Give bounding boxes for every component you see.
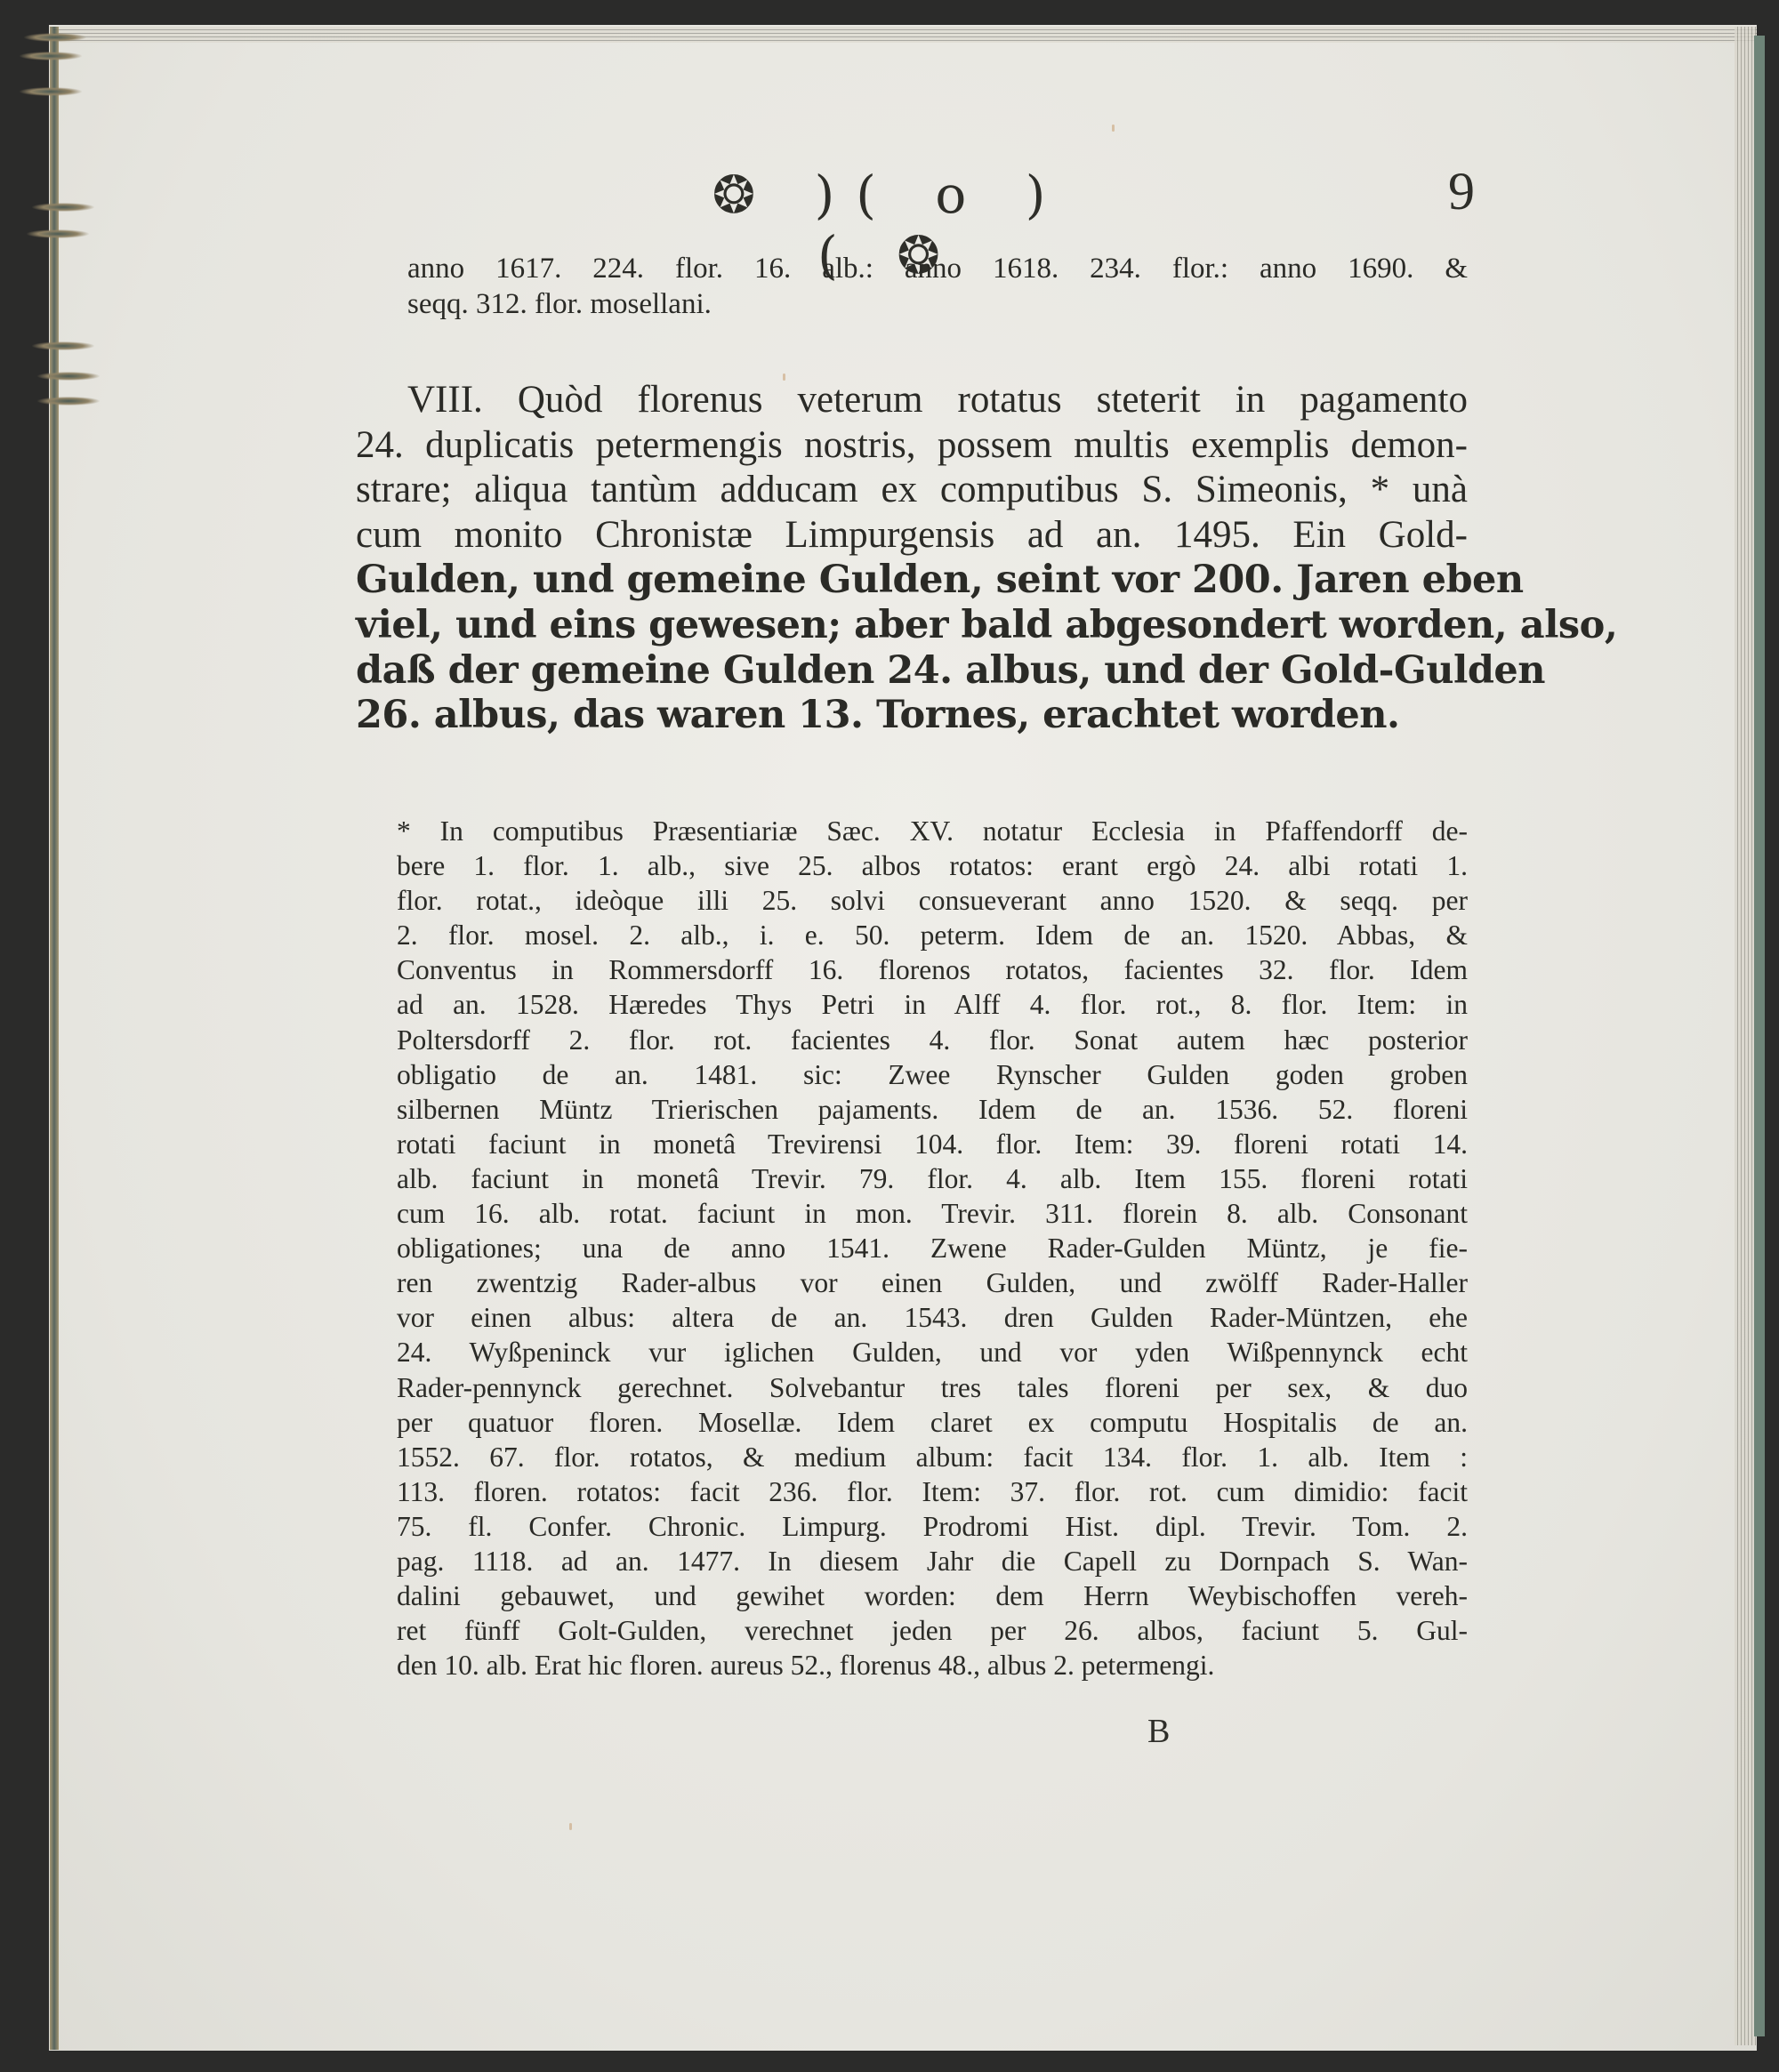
text-line: daß der gemeine Gulden 24. albus, und de… <box>356 648 1468 694</box>
text-line: Gulden, und gemeine Gulden, seint vor 20… <box>356 558 1468 603</box>
footnote-line: Poltersdorff 2. flor. rot. facientes 4. … <box>356 1023 1468 1057</box>
text-line: seqq. 312. flor. mosellani. <box>407 286 1468 322</box>
footnote-line: flor. rotat., ideòque illi 25. solvi con… <box>356 883 1468 918</box>
binding-stitch <box>20 52 82 60</box>
page-top-edges <box>53 27 1757 43</box>
footnote-line: alb. faciunt in monetâ Trevir. 79. flor.… <box>356 1161 1468 1196</box>
page-fore-edges <box>1735 27 1756 2045</box>
binding-stitch <box>32 341 94 350</box>
footnote: * In computibus Præsentiariæ Sæc. XV. no… <box>356 814 1468 1682</box>
binding-stitch <box>24 33 86 42</box>
binding-stitch <box>37 372 100 381</box>
paper-speck <box>1112 124 1115 132</box>
text-line: VIII. Quòd florenus veterum rotatus stet… <box>356 378 1468 423</box>
binding-stitch <box>27 229 89 238</box>
footnote-line: ret fünff Golt-Gulden, verechnet jeden p… <box>356 1613 1468 1648</box>
footnote-line: per quatuor floren. Mosellæ. Idem claret… <box>356 1405 1468 1440</box>
binding-stitch <box>20 87 82 96</box>
text-line: strare; aliqua tantùm adducam ex computi… <box>356 468 1468 513</box>
footnote-line: 75. fl. Confer. Chronic. Limpurg. Prodro… <box>356 1509 1468 1544</box>
footnote-line: vor einen albus: altera de an. 1543. dre… <box>356 1300 1468 1335</box>
footnote-line: Conventus in Rommersdorff 16. florenos r… <box>356 952 1468 987</box>
running-header: ❂ )( o )( ❂ 9 <box>0 165 1779 227</box>
paper-speck <box>569 1823 572 1830</box>
cover-edge <box>1754 36 1765 2036</box>
page-number: 9 <box>1448 161 1475 222</box>
binding-gutter <box>50 27 59 2050</box>
footnote-line: silbernen Müntz Trierischen pajaments. I… <box>356 1092 1468 1127</box>
footnote-line: 24. Wyßpeninck vur iglichen Gulden, und … <box>356 1335 1468 1369</box>
footnote-line: dalini gebauwet, und gewihet worden: dem… <box>356 1578 1468 1613</box>
continuation-text: anno 1617. 224. flor. 16. alb.: anno 161… <box>407 251 1468 322</box>
text-line: 26. albus, das waren 13. Tornes, erachte… <box>356 693 1468 738</box>
footnote-line: ad an. 1528. Hæredes Thys Petri in Alff … <box>356 987 1468 1022</box>
text-line: viel, und eins gewesen; aber bald abgeso… <box>356 603 1468 648</box>
text-line: 24. duplicatis petermengis nostris, poss… <box>356 423 1468 469</box>
footnote-line: obligationes; una de anno 1541. Zwene Ra… <box>356 1231 1468 1265</box>
footnote-line: pag. 1118. ad an. 1477. In diesem Jahr d… <box>356 1544 1468 1578</box>
main-paragraph: VIII. Quòd florenus veterum rotatus stet… <box>356 378 1468 738</box>
footnote-line: * In computibus Præsentiariæ Sæc. XV. no… <box>356 814 1468 848</box>
binding-stitch <box>37 397 100 406</box>
footnote-line: obligatio de an. 1481. sic: Zwee Rynsche… <box>356 1057 1468 1092</box>
footnote-line: bere 1. flor. 1. alb., sive 25. albos ro… <box>356 848 1468 883</box>
footnote-line: ren zwentzig Rader-albus vor einen Gulde… <box>356 1265 1468 1300</box>
footnote-line: 113. floren. rotatos: facit 236. flor. I… <box>356 1474 1468 1509</box>
footnote-line: 1552. 67. flor. rotatos, & medium album:… <box>356 1440 1468 1474</box>
footnote-line: den 10. alb. Erat hic floren. aureus 52.… <box>356 1648 1468 1682</box>
footnote-marker: * <box>397 815 411 847</box>
footnote-line: 2. flor. mosel. 2. alb., i. e. 50. peter… <box>356 918 1468 952</box>
text-line: anno 1617. 224. flor. 16. alb.: anno 161… <box>407 251 1468 286</box>
footnote-line: Rader-pennynck gerechnet. Solvebantur tr… <box>356 1370 1468 1405</box>
signature-mark: B <box>1147 1712 1170 1751</box>
text-line: cum monito Chronistæ Limpurgensis ad an.… <box>356 513 1468 558</box>
footnote-line: rotati faciunt in monetâ Trevirensi 104.… <box>356 1127 1468 1161</box>
footnote-line: cum 16. alb. rotat. faciunt in mon. Trev… <box>356 1196 1468 1231</box>
